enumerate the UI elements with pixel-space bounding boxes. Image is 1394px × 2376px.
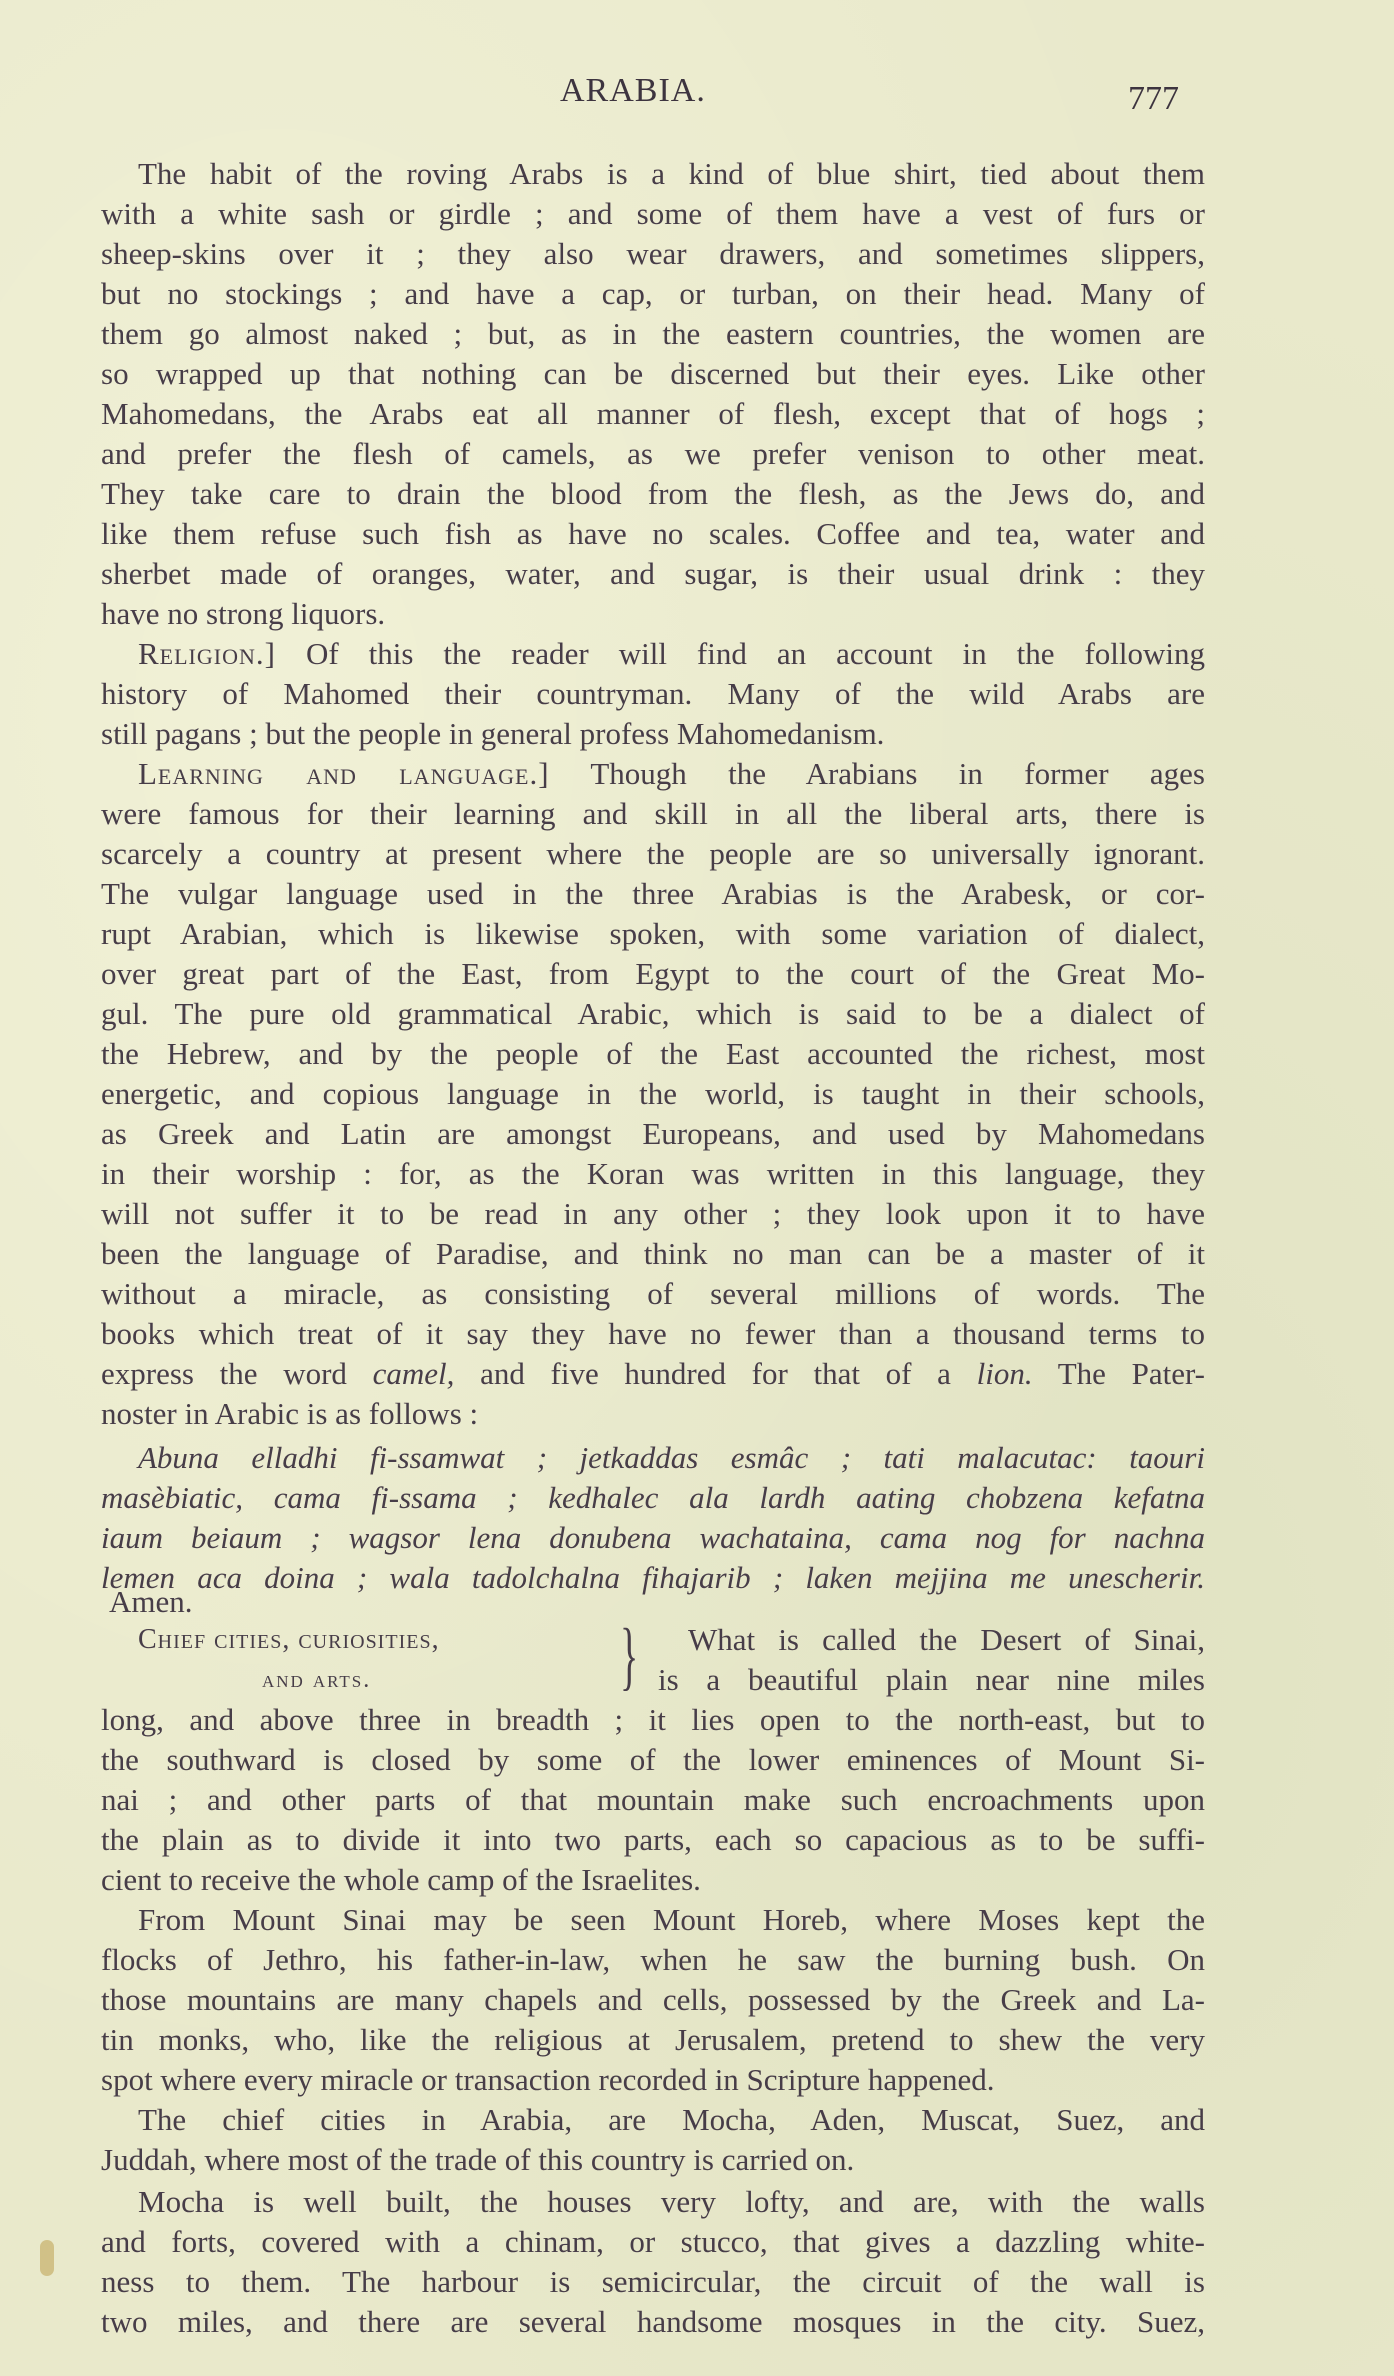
text-line: those mountains are many chapels and cel… (101, 1980, 1205, 2020)
text-line: cient to receive the whole camp of the I… (101, 1860, 1205, 1900)
text-line: the southward is closed by some of the l… (101, 1740, 1205, 1780)
section-heading-chief-cities: Chief cities, curiosities, (138, 1620, 440, 1660)
amen: Amen. (109, 1582, 1213, 1622)
italic-lion: lion. (977, 1356, 1033, 1391)
section-heading-learning: Learning and language.] (138, 756, 550, 791)
text-line: energetic, and copious language in the w… (101, 1074, 1205, 1114)
brace-icon: } (620, 1618, 638, 1694)
text-line: Mahomedans, the Arabs eat all manner of … (101, 394, 1205, 434)
text-line: still pagans ; but the people in general… (101, 714, 1205, 754)
text-line: What is called the Desert of Sinai, (688, 1620, 1205, 1660)
text-line: them go almost naked ; but, as in the ea… (101, 314, 1205, 354)
text-line: rupt Arabian, which is likewise spoken, … (101, 914, 1205, 954)
text-line: gul. The pure old grammatical Arabic, wh… (101, 994, 1205, 1034)
express-line: express the word camel, and five hundred… (101, 1354, 1205, 1394)
text-line: and forts, covered with a chinam, or stu… (101, 2222, 1205, 2262)
text-line: and prefer the flesh of camels, as we pr… (101, 434, 1205, 474)
religion-first-line: Religion.] Of this the reader will find … (138, 634, 1205, 674)
text-line: long, and above three in breadth ; it li… (101, 1700, 1205, 1740)
section-heading-religion: Religion.] (138, 636, 276, 671)
text-line: books which treat of it say they have no… (101, 1314, 1205, 1354)
text-line: The habit of the roving Arabs is a kind … (138, 154, 1205, 194)
italic-camel: camel, (373, 1356, 455, 1391)
text-line: in their worship : for, as the Koran was… (101, 1154, 1205, 1194)
text-line: will not suffer it to be read in any oth… (101, 1194, 1205, 1234)
paper-stain (40, 2240, 54, 2276)
text-line: nai ; and other parts of that mountain m… (101, 1780, 1205, 1820)
text-line: been the language of Paradise, and think… (101, 1234, 1205, 1274)
running-head: ARABIA. (560, 72, 706, 110)
paternoster-line: Abuna elladhi fi-ssamwat ; jetkaddas esm… (138, 1438, 1205, 1478)
text-line: From Mount Sinai may be seen Mount Horeb… (138, 1900, 1205, 1940)
text-line: without a miracle, as consisting of seve… (101, 1274, 1205, 1314)
text-line: history of Mahomed their countryman. Man… (101, 674, 1205, 714)
text-line: like them refuse such fish as have no sc… (101, 514, 1205, 554)
text-line: have no strong liquors. (101, 594, 1205, 634)
text-line: scarcely a country at present where the … (101, 834, 1205, 874)
text-line: They take care to drain the blood from t… (101, 474, 1205, 514)
text-line: as Greek and Latin are amongst Europeans… (101, 1114, 1205, 1154)
text-line: tin monks, who, like the religious at Je… (101, 2020, 1205, 2060)
text-line: flocks of Jethro, his father-in-law, whe… (101, 1940, 1205, 1980)
paternoster-line: masèbiatic, cama fi-ssama ; kedhalec ala… (101, 1478, 1205, 1518)
text-line: Juddah, where most of the trade of this … (101, 2140, 1205, 2180)
text-line: sheep-skins over it ; they also wear dra… (101, 234, 1205, 274)
text-line: so wrapped up that nothing can be discer… (101, 354, 1205, 394)
text-line: were famous for their learning and skill… (101, 794, 1205, 834)
text-line: Mocha is well built, the houses very lof… (138, 2182, 1205, 2222)
text-line: the plain as to divide it into two parts… (101, 1820, 1205, 1860)
text-line: sherbet made of oranges, water, and suga… (101, 554, 1205, 594)
text-line: but no stockings ; and have a cap, or tu… (101, 274, 1205, 314)
book-page: ARABIA. 777 The habit of the roving Arab… (0, 0, 1394, 2376)
text-line: with a white sash or girdle ; and some o… (101, 194, 1205, 234)
text-line: ness to them. The harbour is semicircula… (101, 2262, 1205, 2302)
text-line: The vulgar language used in the three Ar… (101, 874, 1205, 914)
text-line: two miles, and there are several handsom… (101, 2302, 1205, 2342)
text-line: noster in Arabic is as follows : (101, 1394, 1205, 1434)
learning-first-line: Learning and language.] Though the Arabi… (138, 754, 1205, 794)
page-number: 777 (1128, 80, 1179, 118)
section-heading-chief-cities-2: and arts. (262, 1660, 371, 1700)
text-line: the Hebrew, and by the people of the Eas… (101, 1034, 1205, 1074)
text-line: The chief cities in Arabia, are Mocha, A… (138, 2100, 1205, 2140)
paternoster-line: iaum beiaum ; wagsor lena donubena wacha… (101, 1518, 1205, 1558)
text-line: over great part of the East, from Egypt … (101, 954, 1205, 994)
text-line: spot where every miracle or transaction … (101, 2060, 1205, 2100)
text-line: is a beautiful plain near nine miles (658, 1660, 1205, 1700)
